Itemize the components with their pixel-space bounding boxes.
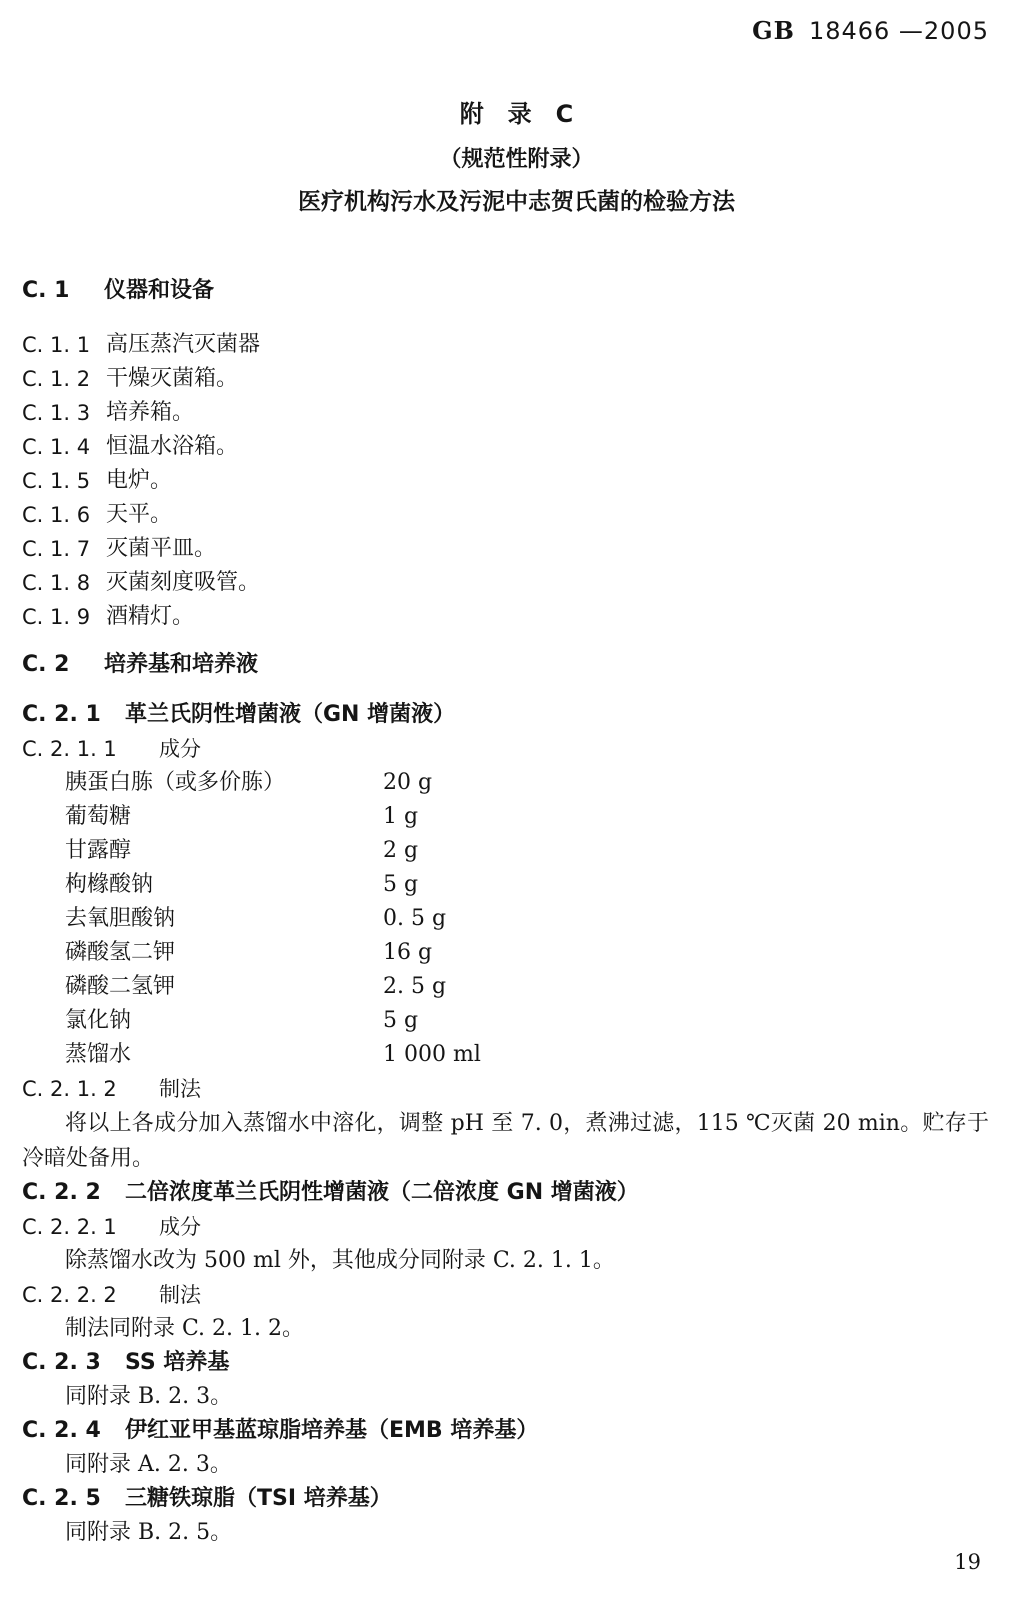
- clause-number: C. 1. 5: [22, 464, 106, 498]
- ingredient-row: 甘露醇 2 g: [22, 834, 989, 868]
- equipment-item: C. 1. 1 高压蒸汽灭菌器: [22, 328, 989, 362]
- ingredient-amount: 5 g: [383, 1004, 418, 1038]
- ingredient-amount: 16 g: [383, 936, 432, 970]
- clause-number: C. 2. 5: [22, 1482, 125, 1516]
- ingredient-amount: 20 g: [383, 766, 432, 800]
- equipment-item: C. 1. 4 恒温水浴箱。: [22, 430, 989, 464]
- equipment-item: C. 1. 3 培养箱。: [22, 396, 989, 430]
- ingredient-row: 磷酸二氢钾 2. 5 g: [22, 970, 989, 1004]
- clause-number: C. 1. 6: [22, 498, 106, 532]
- clause-title: 成分: [159, 732, 201, 766]
- appendix-subtitle: （规范性附录）: [0, 142, 1033, 173]
- ingredient-name: 氯化钠: [65, 1004, 383, 1038]
- section-c221-heading: C. 2. 2. 1 成分: [22, 1210, 989, 1244]
- clause-number: C. 1. 2: [22, 362, 106, 396]
- section-c1-number: C. 1: [22, 276, 104, 306]
- clause-text: 酒精灯。: [106, 600, 194, 634]
- ingredient-name: 葡萄糖: [65, 800, 383, 834]
- clause-text: 天平。: [106, 498, 172, 532]
- ingredient-row: 胰蛋白胨（或多价胨） 20 g: [22, 766, 989, 800]
- clause-number: C. 1. 4: [22, 430, 106, 464]
- appendix-title: 附 录 C: [0, 94, 1033, 129]
- ingredient-name: 枸橼酸钠: [65, 868, 383, 902]
- ingredient-name: 胰蛋白胨（或多价胨）: [65, 766, 383, 800]
- ingredient-name: 磷酸二氢钾: [65, 970, 383, 1004]
- clause-text: 恒温水浴箱。: [106, 430, 238, 464]
- ingredient-name: 磷酸氢二钾: [65, 936, 383, 970]
- ingredient-row: 去氧胆酸钠 0. 5 g: [22, 902, 989, 936]
- clause-number: C. 2. 1: [22, 698, 125, 732]
- equipment-item: C. 1. 6 天平。: [22, 498, 989, 532]
- section-c2-title: 培养基和培养液: [104, 650, 258, 680]
- section-c1-heading: C. 1 仪器和设备: [22, 276, 989, 306]
- standard-number: GB18466 —2005: [752, 16, 989, 45]
- clause-title: 制法: [159, 1278, 201, 1312]
- clause-title: 三糖铁琼脂（TSI 培养基）: [125, 1482, 392, 1516]
- section-c23-heading: C. 2. 3 SS 培养基: [22, 1346, 989, 1380]
- equipment-item: C. 1. 8 灭菌刻度吸管。: [22, 566, 989, 600]
- page-number: 19: [954, 1550, 981, 1574]
- equipment-item: C. 1. 9 酒精灯。: [22, 600, 989, 634]
- ingredient-row: 枸橼酸钠 5 g: [22, 868, 989, 902]
- clause-text: 灭菌平皿。: [106, 532, 216, 566]
- clause-number: C. 2. 2. 2: [22, 1278, 159, 1312]
- c25-text: 同附录 B. 2. 5。: [22, 1516, 989, 1550]
- ingredient-amount: 1 g: [383, 800, 418, 834]
- document-body: C. 1 仪器和设备 C. 1. 1 高压蒸汽灭菌器 C. 1. 2 干燥灭菌箱…: [0, 276, 1033, 1550]
- clause-text: 灭菌刻度吸管。: [106, 566, 260, 600]
- clause-text: 干燥灭菌箱。: [106, 362, 238, 396]
- section-c25-heading: C. 2. 5 三糖铁琼脂（TSI 培养基）: [22, 1482, 989, 1516]
- ingredient-name: 去氧胆酸钠: [65, 902, 383, 936]
- clause-number: C. 2. 2. 1: [22, 1210, 159, 1244]
- ingredient-amount: 0. 5 g: [383, 902, 446, 936]
- clause-title: 革兰氏阴性增菌液（GN 增菌液）: [125, 698, 455, 732]
- equipment-item: C. 1. 7 灭菌平皿。: [22, 532, 989, 566]
- c221-text: 除蒸馏水改为 500 ml 外，其他成分同附录 C. 2. 1. 1。: [22, 1244, 989, 1278]
- equipment-item: C. 1. 5 电炉。: [22, 464, 989, 498]
- section-c24-heading: C. 2. 4 伊红亚甲基蓝琼脂培养基（EMB 培养基）: [22, 1414, 989, 1448]
- section-c2-number: C. 2: [22, 650, 104, 680]
- section-c21-heading: C. 2. 1 革兰氏阴性增菌液（GN 增菌液）: [22, 698, 989, 732]
- clause-title: 制法: [159, 1072, 201, 1106]
- c212-method-paragraph: 将以上各成分加入蒸馏水中溶化，调整 pH 至 7. 0，煮沸过滤，115 ℃灭菌…: [22, 1106, 989, 1176]
- clause-number: C. 2. 1. 2: [22, 1072, 159, 1106]
- clause-number: C. 2. 1. 1: [22, 732, 159, 766]
- clause-title: 伊红亚甲基蓝琼脂培养基（EMB 培养基）: [125, 1414, 538, 1448]
- clause-number: C. 2. 4: [22, 1414, 125, 1448]
- clause-number: C. 1. 8: [22, 566, 106, 600]
- ingredient-amount: 5 g: [383, 868, 418, 902]
- ingredient-row: 葡萄糖 1 g: [22, 800, 989, 834]
- appendix-heading: 医疗机构污水及污泥中志贺氏菌的检验方法: [0, 183, 1033, 216]
- ingredient-row: 蒸馏水 1 000 ml: [22, 1038, 989, 1072]
- section-c212-heading: C. 2. 1. 2 制法: [22, 1072, 989, 1106]
- clause-text: 培养箱。: [106, 396, 194, 430]
- equipment-item: C. 1. 2 干燥灭菌箱。: [22, 362, 989, 396]
- ingredient-amount: 2 g: [383, 834, 418, 868]
- ingredient-amount: 2. 5 g: [383, 970, 446, 1004]
- clause-number: C. 2. 2: [22, 1176, 125, 1210]
- standard-code-number: 18466 —2005: [809, 17, 989, 45]
- ingredient-row: 氯化钠 5 g: [22, 1004, 989, 1038]
- section-c211-heading: C. 2. 1. 1 成分: [22, 732, 989, 766]
- clause-title: 二倍浓度革兰氏阴性增菌液（二倍浓度 GN 增菌液）: [125, 1176, 639, 1210]
- c24-text: 同附录 A. 2. 3。: [22, 1448, 989, 1482]
- c222-text: 制法同附录 C. 2. 1. 2。: [22, 1312, 989, 1346]
- standard-code-prefix: GB: [752, 16, 795, 45]
- ingredient-name: 蒸馏水: [65, 1038, 383, 1072]
- clause-text: 电炉。: [106, 464, 172, 498]
- clause-number: C. 1. 1: [22, 328, 106, 362]
- document-page: GB18466 —2005 附 录 C （规范性附录） 医疗机构污水及污泥中志贺…: [0, 0, 1033, 1600]
- c23-text: 同附录 B. 2. 3。: [22, 1380, 989, 1414]
- ingredient-name: 甘露醇: [65, 834, 383, 868]
- clause-text: 高压蒸汽灭菌器: [106, 328, 260, 362]
- clause-number: C. 1. 7: [22, 532, 106, 566]
- clause-number: C. 1. 3: [22, 396, 106, 430]
- clause-number: C. 2. 3: [22, 1346, 125, 1380]
- clause-number: C. 1. 9: [22, 600, 106, 634]
- clause-title: SS 培养基: [125, 1346, 229, 1380]
- section-c222-heading: C. 2. 2. 2 制法: [22, 1278, 989, 1312]
- clause-title: 成分: [159, 1210, 201, 1244]
- section-c1-title: 仪器和设备: [104, 276, 214, 306]
- section-c22-heading: C. 2. 2 二倍浓度革兰氏阴性增菌液（二倍浓度 GN 增菌液）: [22, 1176, 989, 1210]
- section-c2-heading: C. 2 培养基和培养液: [22, 650, 989, 680]
- ingredient-row: 磷酸氢二钾 16 g: [22, 936, 989, 970]
- ingredient-amount: 1 000 ml: [383, 1038, 481, 1072]
